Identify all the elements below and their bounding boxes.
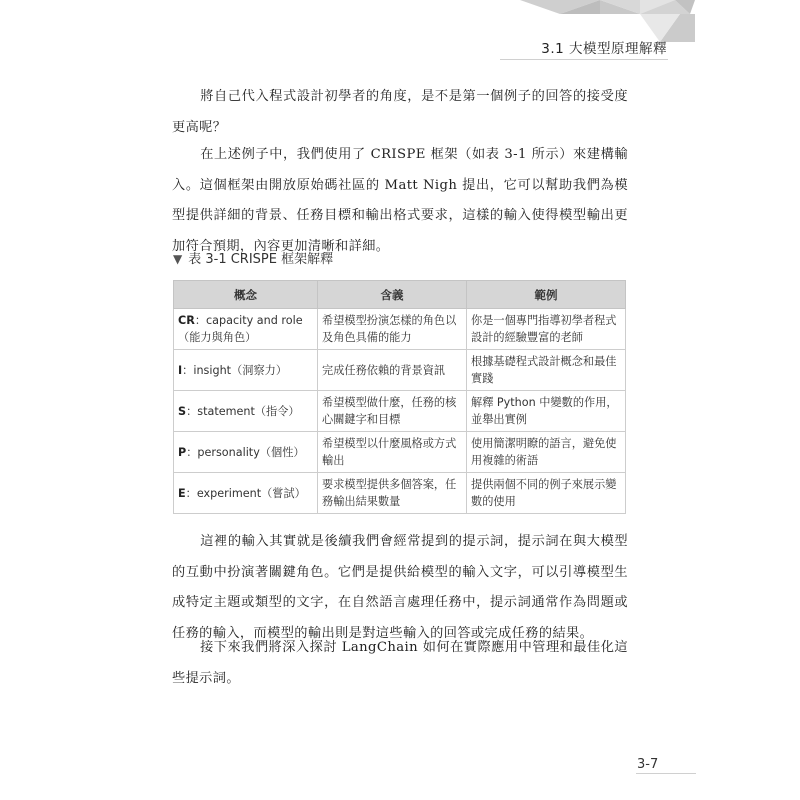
paragraph-2: 在上述例子中，我們使用了 CRISPE 框架（如表 3-1 所示）來建構輸入。這… xyxy=(172,140,628,262)
footer-divider xyxy=(636,773,696,774)
paragraph-2-text: 在上述例子中，我們使用了 CRISPE 框架（如表 3-1 所示）來建構輸入。這… xyxy=(172,147,628,254)
concept-text: ：insight（洞察力） xyxy=(182,364,287,377)
concept-cell: I：insight（洞察力） xyxy=(174,350,318,391)
table-row: CR：capacity and role（能力與角色） 希望模型扮演怎樣的角色以… xyxy=(174,309,626,350)
page-number: 3-7 xyxy=(637,757,658,772)
meaning-cell: 希望模型扮演怎樣的角色以及角色具備的能力 xyxy=(318,309,467,350)
concept-text: ：experiment（嘗試） xyxy=(186,487,306,500)
concept-cell: P：personality（個性） xyxy=(174,432,318,473)
column-header-example: 範例 xyxy=(467,281,626,309)
meaning-cell: 希望模型做什麼，任務的核心關鍵字和目標 xyxy=(318,391,467,432)
example-cell: 使用簡潔明瞭的語言，避免使用複雜的術語 xyxy=(467,432,626,473)
table-row: P：personality（個性） 希望模型以什麼風格或方式輸出 使用簡潔明瞭的… xyxy=(174,432,626,473)
paragraph-3-text: 這裡的輸入其實就是後續我們會經常提到的提示詞，提示詞在與大模型的互動中扮演著關鍵… xyxy=(172,534,628,641)
paragraph-1-text: 將自己代入程式設計初學者的角度，是不是第一個例子的回答的接受度更高呢？ xyxy=(172,89,628,135)
concept-text: ：statement（指令） xyxy=(186,405,300,418)
concept-text: ：personality（個性） xyxy=(186,446,304,459)
crispe-table: 概念 含義 範例 CR：capacity and role（能力與角色） 希望模… xyxy=(173,280,626,514)
paragraph-1: 將自己代入程式設計初學者的角度，是不是第一個例子的回答的接受度更高呢？ xyxy=(172,82,628,143)
concept-key: P xyxy=(178,446,186,459)
running-head-section-title: 3.1 大模型原理解釋 xyxy=(541,37,667,57)
triangle-pattern-decoration xyxy=(0,0,800,48)
concept-key: CR xyxy=(178,314,195,327)
example-cell: 你是一個專門指導初學者程式設計的經驗豐富的老師 xyxy=(467,309,626,350)
example-cell: 解釋 Python 中變數的作用，並舉出實例 xyxy=(467,391,626,432)
example-cell: 根據基礎程式設計概念和最佳實踐 xyxy=(467,350,626,391)
meaning-cell: 完成任務依賴的背景資訊 xyxy=(318,350,467,391)
example-cell: 提供兩個不同的例子來展示變數的使用 xyxy=(467,473,626,514)
table-header-row: 概念 含義 範例 xyxy=(174,281,626,309)
concept-cell: S：statement（指令） xyxy=(174,391,318,432)
concept-cell: E：experiment（嘗試） xyxy=(174,473,318,514)
meaning-cell: 要求模型提供多個答案，任務輸出結果數量 xyxy=(318,473,467,514)
table-caption: ▼表 3-1 CRISPE 框架解釋 xyxy=(173,248,333,267)
column-header-meaning: 含義 xyxy=(318,281,467,309)
concept-text: ：capacity and role（能力與角色） xyxy=(178,314,303,344)
concept-cell: CR：capacity and role（能力與角色） xyxy=(174,309,318,350)
table-row: E：experiment（嘗試） 要求模型提供多個答案，任務輸出結果數量 提供兩… xyxy=(174,473,626,514)
triangle-down-icon: ▼ xyxy=(173,252,182,266)
table-row: S：statement（指令） 希望模型做什麼，任務的核心關鍵字和目標 解釋 P… xyxy=(174,391,626,432)
table-row: I：insight（洞察力） 完成任務依賴的背景資訊 根據基礎程式設計概念和最佳… xyxy=(174,350,626,391)
paragraph-3: 這裡的輸入其實就是後續我們會經常提到的提示詞，提示詞在與大模型的互動中扮演著關鍵… xyxy=(172,527,628,649)
header-divider xyxy=(500,59,668,60)
meaning-cell: 希望模型以什麼風格或方式輸出 xyxy=(318,432,467,473)
column-header-concept: 概念 xyxy=(174,281,318,309)
concept-key: E xyxy=(178,487,186,500)
table-caption-text: 表 3-1 CRISPE 框架解釋 xyxy=(188,252,333,267)
concept-key: S xyxy=(178,405,186,418)
paragraph-4-text: 接下來我們將深入探討 LangChain 如何在實際應用中管理和最佳化這些提示詞… xyxy=(172,640,628,686)
paragraph-4: 接下來我們將深入探討 LangChain 如何在實際應用中管理和最佳化這些提示詞… xyxy=(172,633,628,694)
